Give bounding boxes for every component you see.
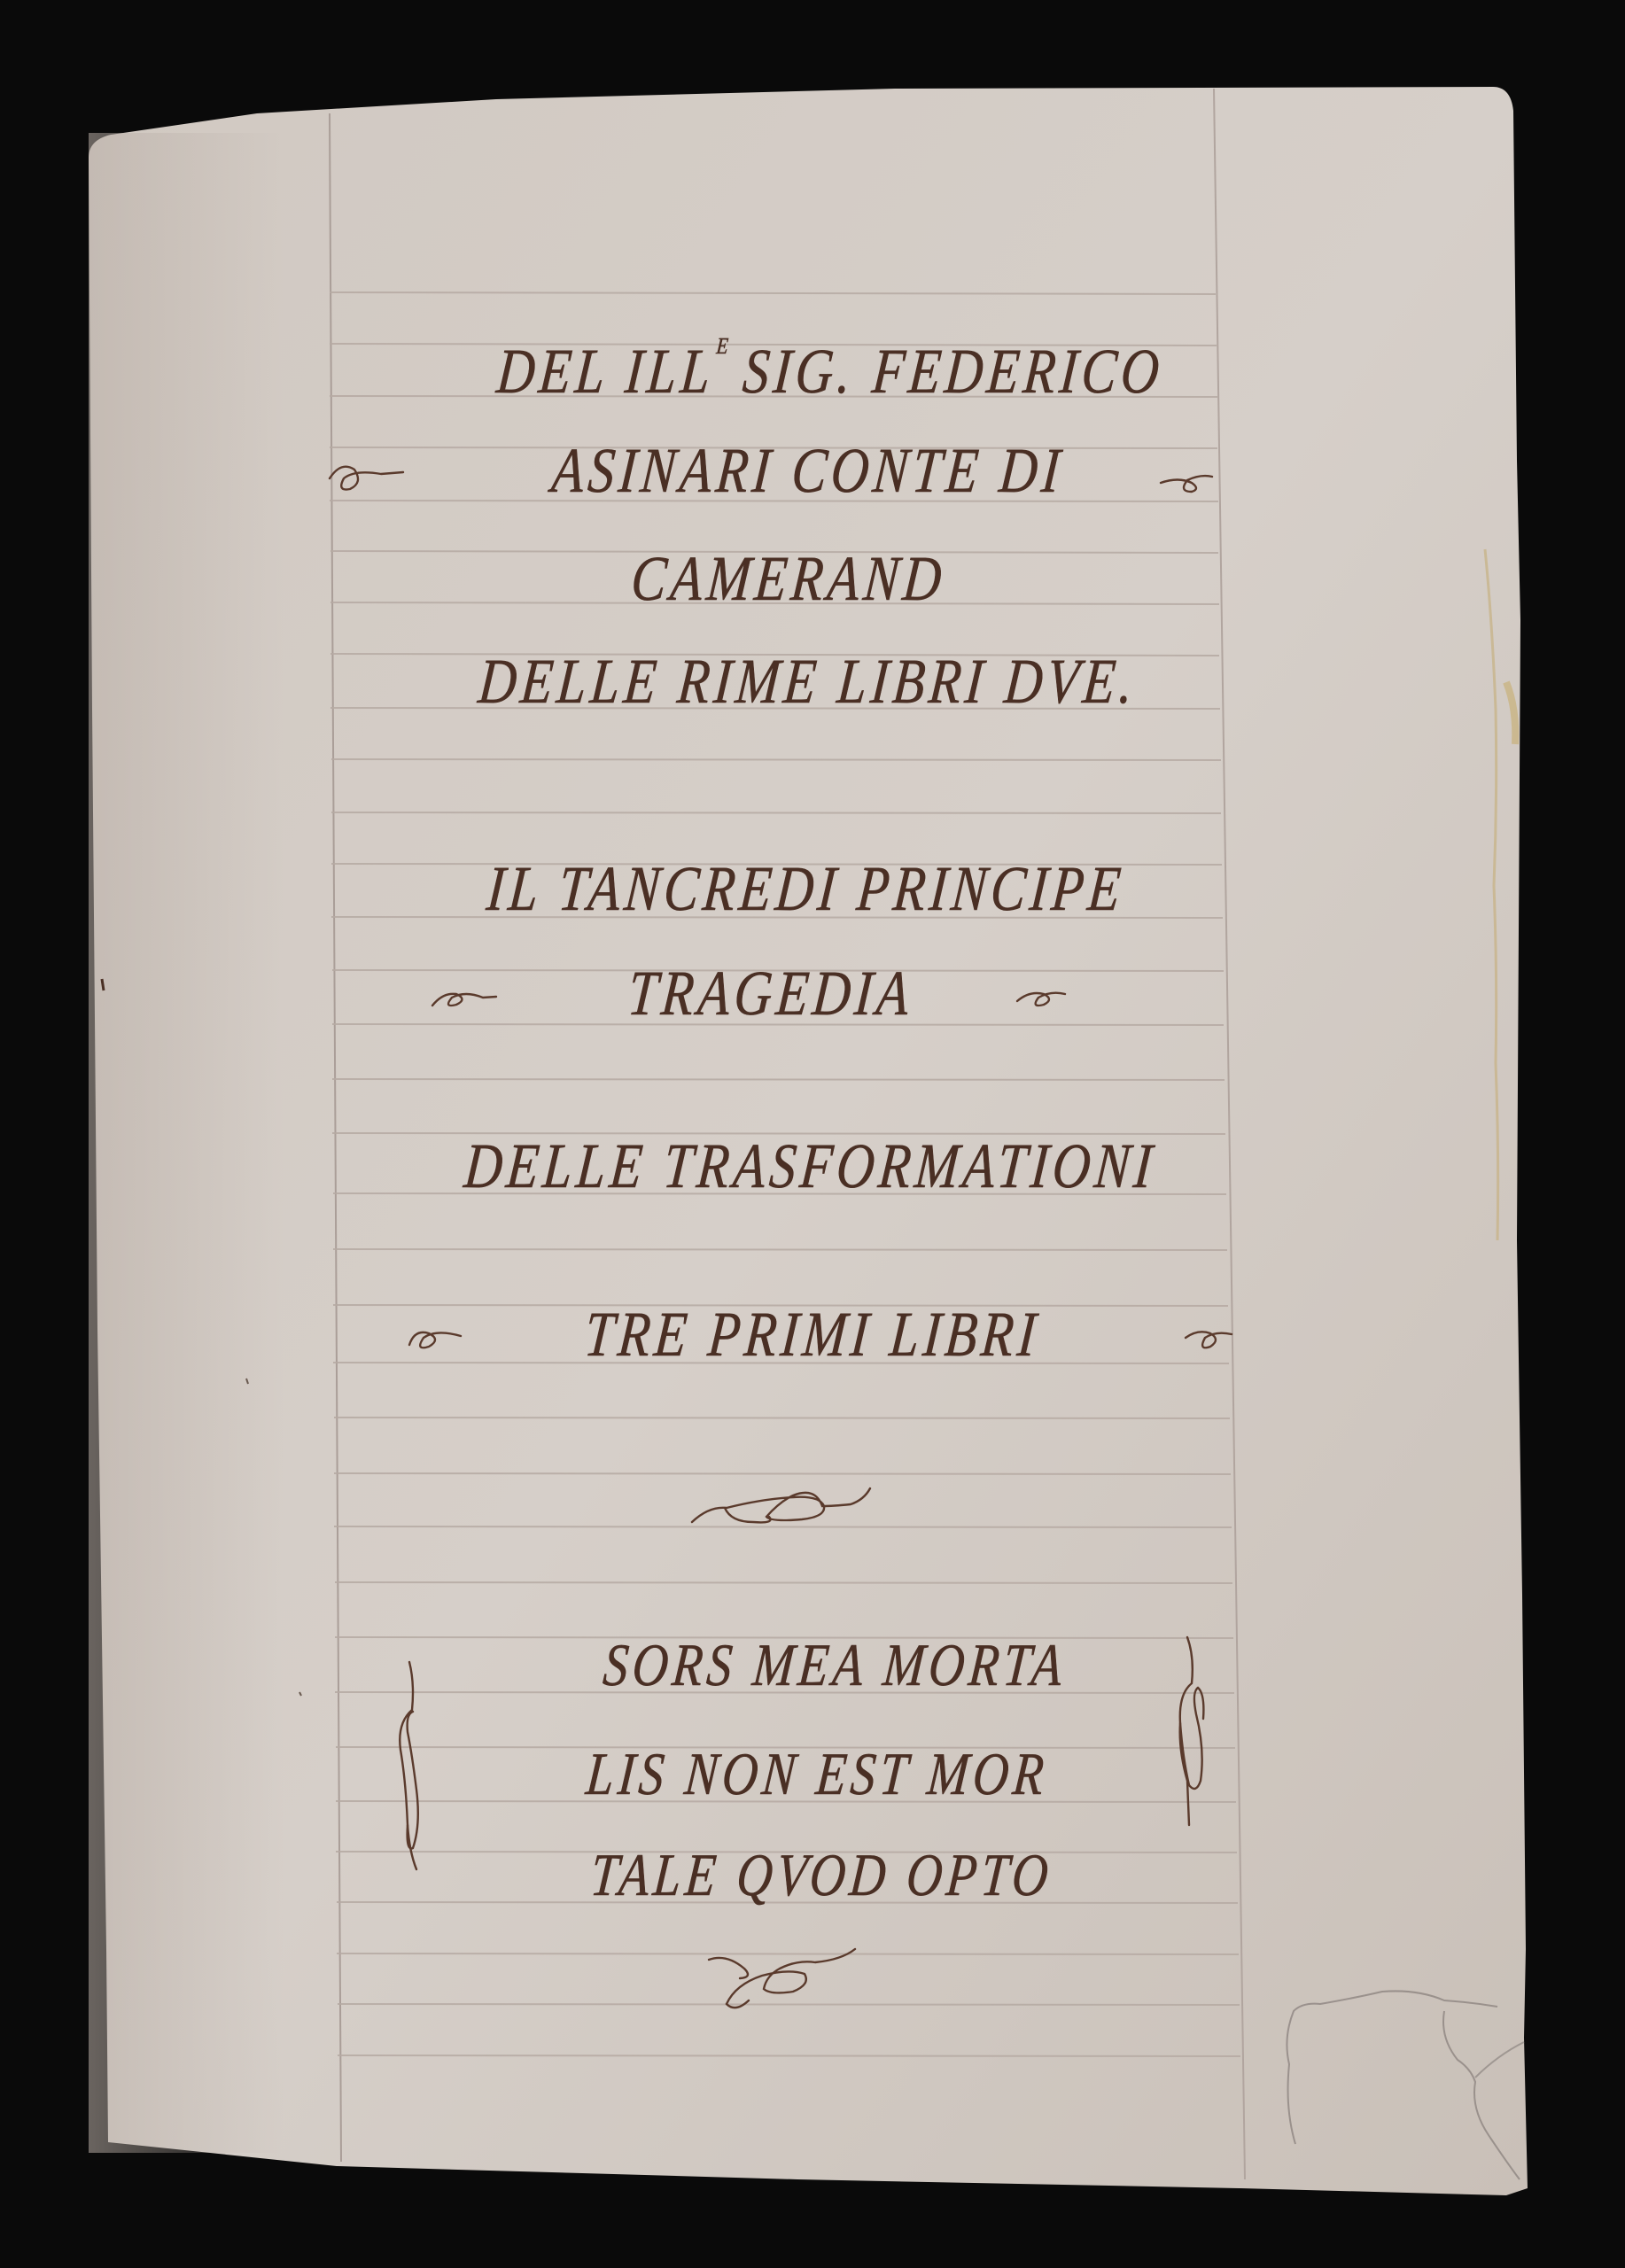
title-line-1: DEL ILLE SIG. FEDERICO <box>0 335 1625 403</box>
title-line-4: DELLE RIME LIBRI DVE. <box>0 649 1625 713</box>
motto-text-2: LIS NON EST MOR <box>584 1744 1050 1804</box>
work-two-line-1: IL TANCREDI PRINCIPE <box>0 857 1625 920</box>
title-line-3: CAMERAND <box>0 547 1625 610</box>
work-three-line-1: DELLE TRASFORMATIONI <box>0 1134 1625 1198</box>
work-tancredi: IL TANCREDI PRINCIPE <box>485 857 1128 920</box>
title-line-1-suffix: SIG. FEDERICO <box>723 336 1166 407</box>
work-two-line-2: TRAGEDIA <box>0 961 1625 1025</box>
title-line-2: ASINARI CONTE DI <box>0 439 1625 502</box>
work-trasformationi-books: TRE PRIMI LIBRI <box>582 1302 1042 1366</box>
manuscript-page: DEL ILLE SIG. FEDERICO ASINARI CONTE DI … <box>0 0 1625 2268</box>
motto-text-1: SORS MEA MORTA <box>601 1635 1069 1695</box>
author-name: ASINARI CONTE DI <box>549 439 1066 502</box>
motto-line-1: SORS MEA MORTA <box>0 1635 1625 1695</box>
motto-line-2: LIS NON EST MOR <box>0 1744 1625 1804</box>
author-title-place: CAMERAND <box>628 547 947 610</box>
work-three-line-2: TRE PRIMI LIBRI <box>0 1302 1625 1366</box>
title-line-1-prefix: DEL ILL <box>494 336 718 407</box>
work-trasformationi: DELLE TRASFORMATIONI <box>462 1134 1158 1198</box>
work-rime: DELLE RIME LIBRI DVE. <box>476 649 1139 713</box>
motto-line-3: TALE QVOD OPTO <box>0 1845 1625 1905</box>
motto-text-3: TALE QVOD OPTO <box>588 1845 1054 1905</box>
work-tancredi-genre: TRAGEDIA <box>626 961 916 1025</box>
